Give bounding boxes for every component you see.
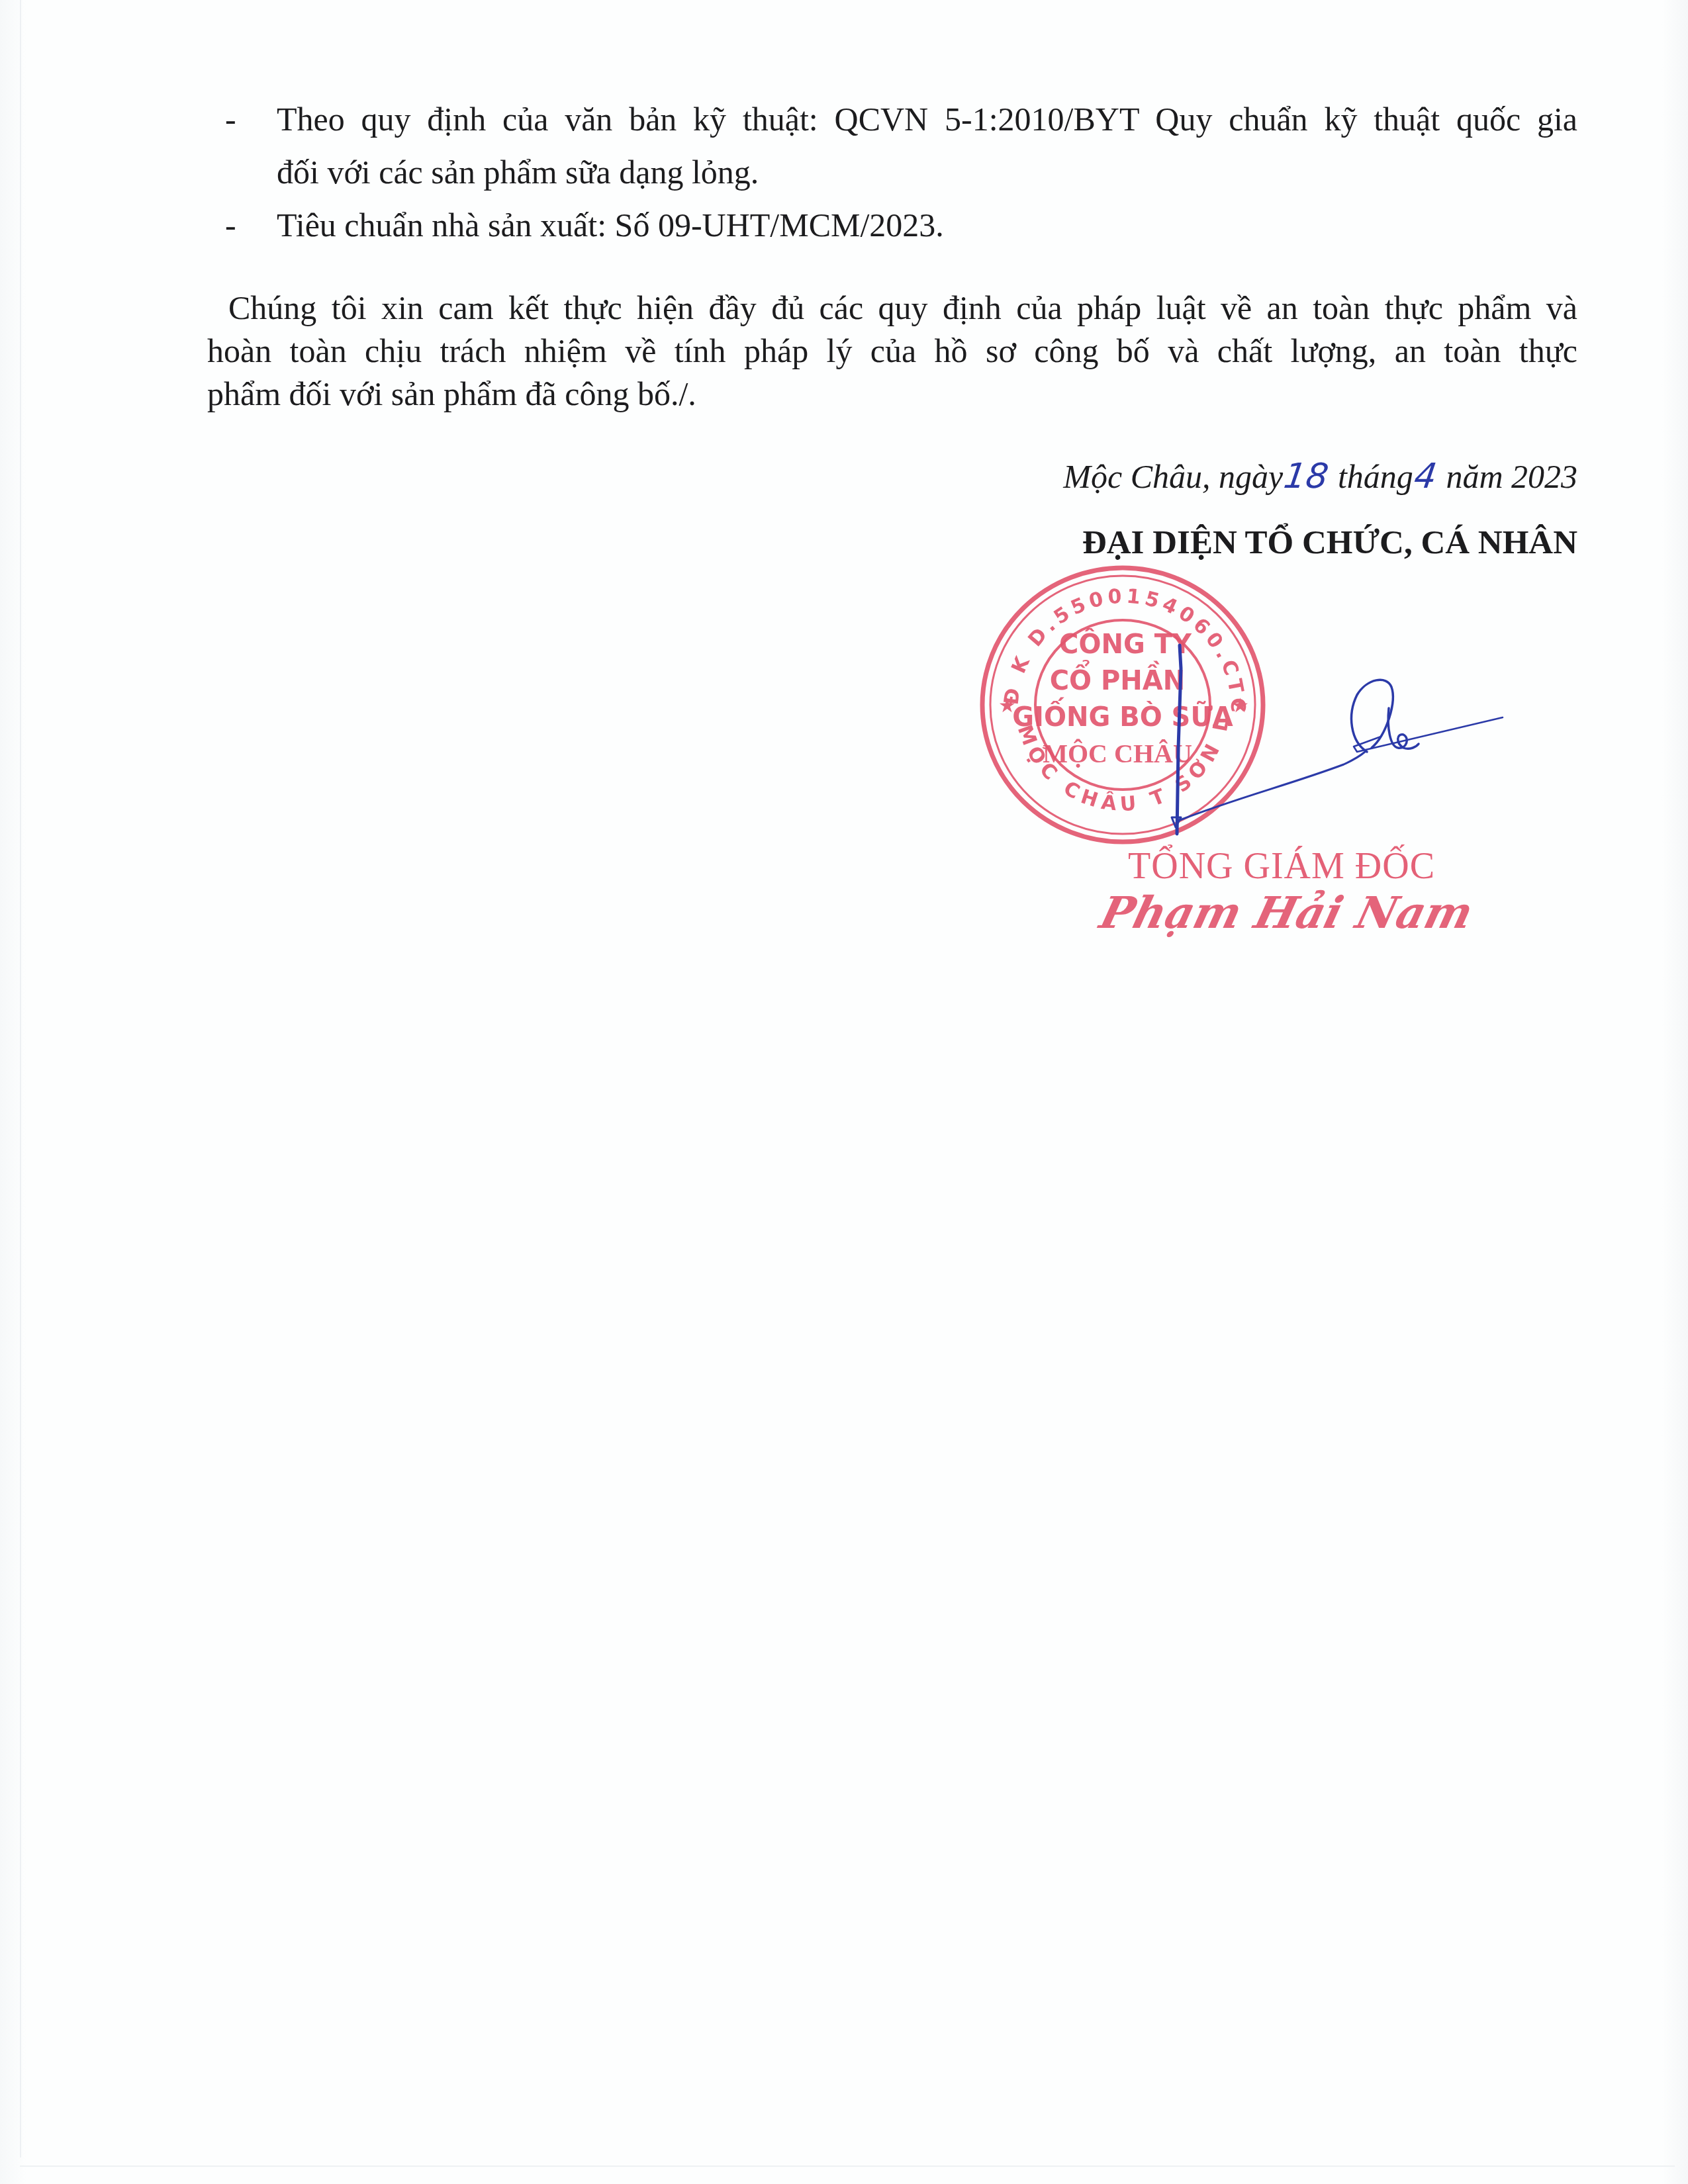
scan-edge [20, 0, 21, 2158]
date-place-prefix: Mộc Châu, ngày [1063, 458, 1283, 495]
signer-name: Phạm Hải Nam [1096, 888, 1478, 937]
commitment-line-1: Chúng tôi xin cam kết thực hiện đầy đủ c… [228, 288, 1577, 328]
bullet-1-line-2: đối với các sản phẩm sữa dạng lỏng. [277, 152, 759, 192]
scan-bottom-edge [20, 2165, 1675, 2167]
handwritten-signature [1125, 629, 1536, 854]
bullet-dash: - [225, 99, 236, 139]
signer-title: TỔNG GIÁM ĐỐC [1128, 846, 1435, 887]
date-line: Mộc Châu, ngày18 tháng4 năm 2023 [1063, 457, 1577, 496]
commitment-line-2: hoàn toàn chịu trách nhiệm về tính pháp … [207, 331, 1577, 371]
bullet-1-line-1: Theo quy định của văn bản kỹ thuật: QCVN… [277, 99, 1577, 139]
date-month-label: tháng [1338, 458, 1413, 495]
date-day-handwritten: 18 [1282, 457, 1331, 496]
document-page: - Theo quy định của văn bản kỹ thuật: QC… [0, 0, 1688, 2184]
representative-title: ĐẠI DIỆN TỔ CHỨC, CÁ NHÂN [1082, 523, 1577, 563]
date-month-handwritten: 4 [1412, 457, 1440, 496]
bullet-2-line-1: Tiêu chuẩn nhà sản xuất: Số 09-UHT/MCM/2… [277, 205, 944, 245]
bullet-dash: - [225, 205, 236, 245]
date-year: năm 2023 [1446, 458, 1577, 495]
commitment-line-3: phẩm đối với sản phẩm đã công bố./. [207, 374, 1577, 414]
